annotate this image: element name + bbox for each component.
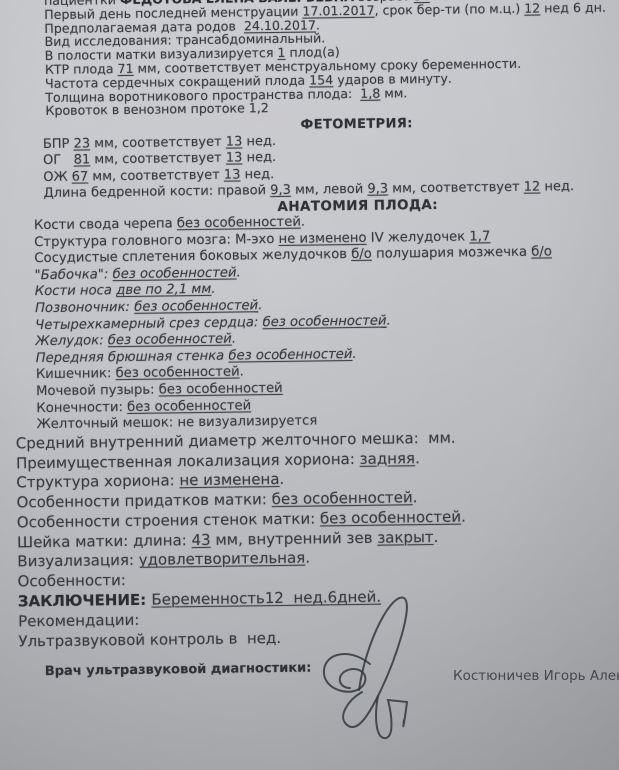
text-segment: нед.: [242, 150, 276, 165]
filled-value: без особенностей: [134, 298, 258, 315]
filled-value: без особенностей: [272, 488, 413, 508]
filled-value: без особенностей: [177, 215, 301, 232]
report-sheet: пациентки ФЕДОТОВА ЕЛЕНА ВАЛЕРЬЕВНА возр…: [0, 0, 619, 680]
filled-value: без особенностей: [127, 398, 251, 415]
text-segment: .: [258, 298, 262, 313]
text-segment: .: [232, 332, 236, 347]
doctor-name: Костюничев Игорь Алек: [453, 668, 619, 684]
filled-value: 1,7: [469, 229, 490, 244]
filled-value: 13: [224, 167, 241, 182]
text-segment: .: [240, 365, 244, 380]
text-segment: .: [301, 215, 305, 230]
text-segment: мм, внутренний зев: [211, 528, 378, 548]
text-segment: .: [386, 313, 390, 328]
text-segment: Кости свода черепа: [34, 216, 177, 233]
text-segment: Визуализация:: [17, 551, 139, 571]
text-segment: , срок бер-ти (по м.ц.): [374, 1, 524, 18]
text-segment: нед.: [240, 167, 274, 182]
filled-value: 1,8: [360, 85, 380, 100]
filled-value: 13: [226, 135, 243, 150]
text-segment: мм.: [380, 85, 407, 100]
text-segment: .: [413, 488, 418, 506]
filled-value: удовлетворительная: [139, 549, 306, 569]
text-segment: нед.: [242, 134, 276, 149]
text-segment: Преимущественная локализация хориона:: [16, 449, 360, 471]
filled-value: 67: [72, 169, 89, 184]
filled-value: 12: [524, 179, 541, 194]
text-segment: .: [352, 347, 356, 362]
text-segment: Кишечник:: [36, 366, 116, 382]
text-segment: .: [279, 470, 284, 488]
text-segment: Конечности:: [36, 399, 127, 415]
text-segment: Желудок:: [35, 333, 108, 349]
filled-value: б/о: [351, 247, 372, 262]
text-segment: ФЕТОМЕТРИЯ:: [300, 116, 413, 132]
text-segment: .: [433, 528, 438, 546]
text-segment: нед 6 дн.: [540, 0, 606, 15]
text-segment: Шейка матки: длина:: [17, 531, 192, 551]
filled-value: 81: [74, 153, 91, 168]
filled-value: 17.01.2017: [302, 2, 374, 18]
filled-value: 23: [73, 137, 90, 152]
filled-value: без особенностей: [112, 265, 236, 282]
text-segment: полушария мозжечка: [372, 245, 532, 262]
report-lines: пациентки ФЕДОТОВА ЕЛЕНА ВАЛЕРЬЕВНА возр…: [0, 0, 619, 652]
text-segment: мм, соответствует: [90, 151, 226, 168]
text-segment: БПР: [43, 137, 74, 152]
text-segment: Кости носа: [35, 283, 117, 299]
text-segment: Желточный мешок: не визуализируется: [36, 414, 317, 433]
filled-value: без особенностей: [108, 332, 232, 349]
text-segment: .: [461, 507, 466, 525]
filled-value: задняя: [359, 449, 415, 468]
text-segment: IV желудочек: [366, 229, 469, 245]
filled-value: закрыт: [377, 528, 434, 547]
text-segment: Особенности:: [17, 571, 126, 590]
filled-value: без особенностей: [228, 347, 352, 364]
text-segment: мм, соответствует: [88, 167, 224, 184]
filled-value: б/о: [531, 245, 552, 260]
photographed-ultrasound-report: { "photo": { "paper_color_top": "#cbccd0…: [0, 0, 619, 770]
text-segment: ОЖ: [43, 169, 72, 184]
filled-value: 9,3: [270, 183, 291, 198]
text-segment: Структура головного мозга: М-эхо: [34, 232, 279, 250]
text-segment: АНАТОМИЯ ПЛОДА:: [277, 197, 438, 215]
filled-value: 9,3: [367, 181, 388, 196]
filled-value: не изменена: [179, 470, 279, 489]
text-segment: Мочевой пузырь:: [36, 382, 159, 399]
filled-value: две по 2,1 мм: [116, 282, 211, 298]
filled-value: не изменено: [278, 230, 366, 246]
text-segment: Длина бедренной кости: правой: [43, 183, 270, 201]
text-segment: Ультразвуковой контроль в нед.: [18, 629, 281, 650]
text-segment: Позвоночник:: [35, 300, 134, 316]
text-segment: Передняя брюшная стенка: [36, 348, 229, 366]
text-segment: Четырехкамерный срез сердца:: [35, 315, 262, 333]
text-segment: .: [211, 282, 215, 297]
text-segment: Особенности придатков матки:: [16, 490, 271, 511]
text-segment: .: [415, 449, 420, 467]
text-segment: .: [236, 265, 240, 280]
text-segment: Структура хориона:: [16, 472, 179, 492]
text-segment: нед.: [540, 179, 574, 194]
text-segment: "Бабочка":: [35, 267, 113, 283]
filled-value: без особенностей: [320, 508, 461, 528]
text-segment: мм, соответствует: [90, 135, 226, 152]
text-segment: Рекомендации:: [18, 611, 139, 631]
filled-value: без особенностей: [116, 365, 240, 382]
handwritten-signature: [312, 588, 432, 758]
text-segment: Особенности строения стенок матки:: [17, 509, 320, 531]
text-segment: Кровоток в венозном протоке 1,2: [45, 100, 269, 118]
text-segment: мм, соответствует: [388, 180, 524, 197]
text-segment: ЗАКЛЮЧЕНИЕ:: [18, 591, 152, 611]
filled-value: 43: [191, 531, 210, 549]
text-segment: ОГ: [43, 153, 74, 168]
text-segment: Сосудистые сплетения боковых желудочков: [34, 247, 351, 266]
text-segment: .: [305, 549, 310, 567]
text-segment: мм, левой: [291, 182, 368, 198]
filled-value: без особенностей: [262, 313, 386, 330]
filled-value: 13: [226, 151, 243, 166]
filled-value: 12: [524, 0, 540, 15]
filled-value: без особенностей: [159, 381, 283, 398]
